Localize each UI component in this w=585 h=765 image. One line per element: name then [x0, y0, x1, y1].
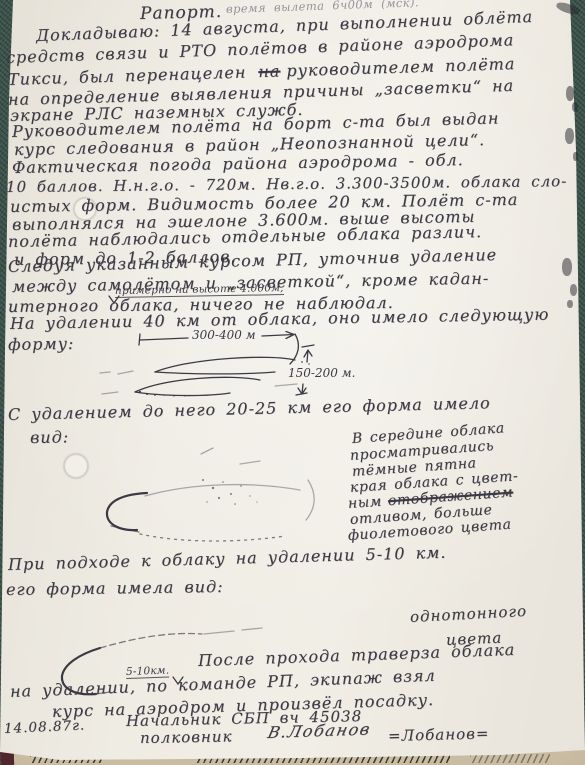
- photocopy-smudge: [570, 284, 577, 296]
- struck-word: на: [258, 61, 281, 81]
- photocopy-smudge: [562, 258, 572, 276]
- width-dimension-label: 300-400 м: [192, 328, 256, 342]
- report-line: его форма имела вид:: [6, 577, 224, 599]
- photocopy-smudge: [566, 86, 574, 101]
- signature-rank: полковник: [140, 727, 233, 747]
- report-line: вид:: [30, 427, 69, 447]
- signature-clarification: =Лобанов=: [388, 724, 490, 745]
- signature-autograph: В.Лобанов: [266, 719, 373, 742]
- report-line: форму:: [8, 334, 75, 354]
- hatch-marks: [470, 754, 550, 763]
- cloud-shape-sketch-20km: [85, 438, 340, 558]
- photo-of-handwritten-report: Рапорт. время вылета 6ч00м (мск). Доклад…: [0, 0, 585, 765]
- photocopy-smudge: [572, 102, 578, 112]
- photocopy-smudge: [573, 152, 578, 161]
- photocopy-smudge: [565, 128, 574, 144]
- photocopy-smudge: [567, 300, 573, 308]
- height-dimension-label: 150-200 м.: [288, 366, 355, 380]
